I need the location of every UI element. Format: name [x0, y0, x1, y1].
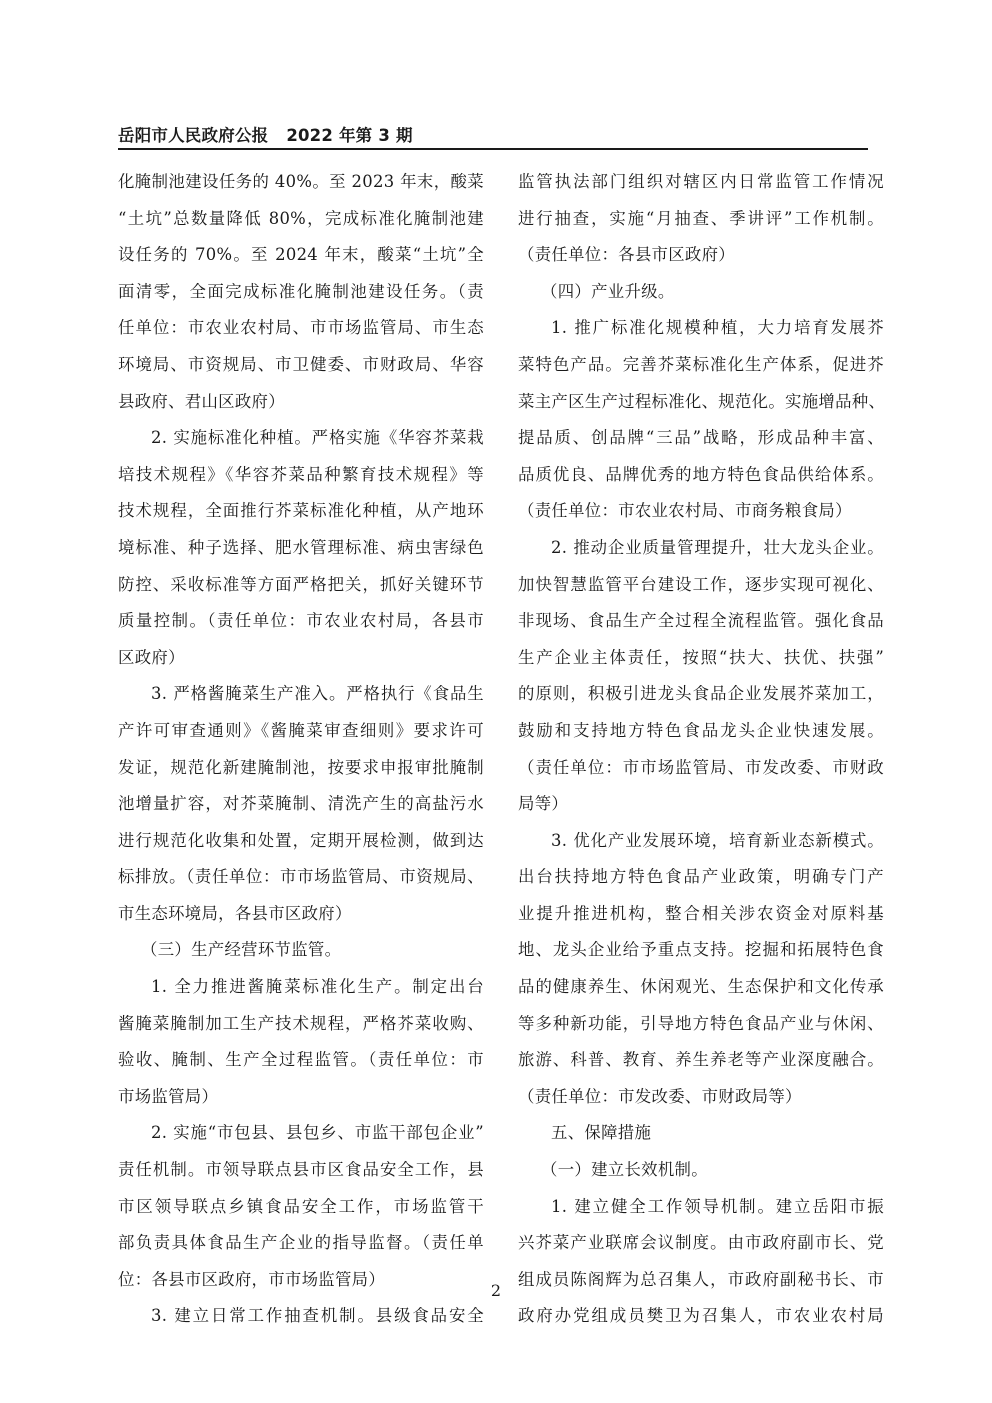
issue-number: 2022 年第 3 期 [286, 126, 412, 145]
text-line: 兴芥菜产业联席会议制度。由市政府副市长、党 [518, 1225, 884, 1262]
paragraph-start: 2. 推动企业质量管理提升，壮大龙头企业。 [518, 530, 884, 567]
section-heading: （四）产业升级。 [518, 274, 884, 311]
text-line: 发证，规范化新建腌制池，按要求申报审批腌制 [118, 750, 484, 787]
text-line: 品质优良、品牌优秀的地方特色食品供给体系。 [518, 457, 884, 494]
text-line: 池增量扩容，对芥菜腌制、清洗产生的高盐污水 [118, 786, 484, 823]
paragraph-start: 2. 实施标准化种植。严格实施《华容芥菜栽 [118, 420, 484, 457]
text-line: 品的健康养生、休闲观光、生态保护和文化传承 [518, 969, 884, 1006]
text-line: 菜主产区生产过程标准化、规范化。实施增品种、 [518, 384, 884, 421]
text-line: 政府办党组成员樊卫为召集人，市农业农村局 [518, 1298, 884, 1335]
text-line: （责任单位：市市场监管局、市发改委、市财政 [518, 750, 884, 787]
text-line: 环境局、市资规局、市卫健委、市财政局、华容 [118, 347, 484, 384]
text-line: 化腌制池建设任务的 40%。至 2023 年末，酸菜 [118, 164, 484, 201]
text-line: 设任务的 70%。至 2024 年末，酸菜“土坑”全 [118, 237, 484, 274]
paragraph-start: 3. 建立日常工作抽查机制。县级食品安全 [118, 1298, 484, 1335]
text-line: 出台扶持地方特色食品产业政策，明确专门产 [518, 859, 884, 896]
text-line: 县政府、君山区政府） [118, 384, 484, 421]
left-column: 化腌制池建设任务的 40%。至 2023 年末，酸菜 “土坑”总数量降低 80%… [118, 164, 484, 1335]
right-column: 监管执法部门组织对辖区内日常监管工作情况 进行抽查，实施“月抽查、季讲评”工作机… [518, 164, 884, 1335]
text-line: “土坑”总数量降低 80%，完成标准化腌制池建 [118, 201, 484, 238]
paragraph-start: 3. 严格酱腌菜生产准入。严格执行《食品生 [118, 676, 484, 713]
text-line: 市场监管局） [118, 1079, 484, 1116]
paragraph-start: 1. 推广标准化规模种植，大力培育发展芥 [518, 310, 884, 347]
text-line: （责任单位：市农业农村局、市商务粮食局） [518, 493, 884, 530]
paragraph-start: 2. 实施“市包县、县包乡、市监干部包企业” [118, 1115, 484, 1152]
text-line: 质量控制。（责任单位：市农业农村局，各县市 [118, 603, 484, 640]
text-line: 菜特色产品。完善芥菜标准化生产体系，促进芥 [518, 347, 884, 384]
text-line: 监管执法部门组织对辖区内日常监管工作情况 [518, 164, 884, 201]
text-line: 培技术规程》《华容芥菜品种繁育技术规程》等 [118, 457, 484, 494]
section-heading: （一）建立长效机制。 [518, 1152, 884, 1189]
text-line: （责任单位：市发改委、市财政局等） [518, 1079, 884, 1116]
text-line: 产许可审查通则》《酱腌菜审查细则》要求许可 [118, 713, 484, 750]
text-line: 酱腌菜腌制加工生产技术规程，严格芥菜收购、 [118, 1006, 484, 1043]
text-line: 地、龙头企业给予重点支持。挖掘和拓展特色食 [518, 932, 884, 969]
text-line: 部负责具体食品生产企业的指导监督。（责任单 [118, 1225, 484, 1262]
text-line: 业提升推进机构，整合相关涉农资金对原料基 [518, 896, 884, 933]
text-line: 鼓励和支持地方特色食品龙头企业快速发展。 [518, 713, 884, 750]
publication-title: 岳阳市人民政府公报 [118, 126, 268, 145]
text-line: 的原则，积极引进龙头食品企业发展芥菜加工， [518, 676, 884, 713]
text-line: 局等） [518, 786, 884, 823]
text-line: 区政府） [118, 640, 484, 677]
paragraph-start: 1. 建立健全工作领导机制。建立岳阳市振 [518, 1189, 884, 1226]
text-line: 验收、腌制、生产全过程监管。（责任单位：市 [118, 1042, 484, 1079]
text-line: 提品质、创品牌“三品”战略，形成品种丰富、 [518, 420, 884, 457]
page-number: 2 [0, 1281, 992, 1300]
section-heading: 五、保障措施 [518, 1115, 884, 1152]
text-line: 面清零，全面完成标准化腌制池建设任务。（责 [118, 274, 484, 311]
text-line: 等多种新功能，引导地方特色食品产业与休闲、 [518, 1006, 884, 1043]
text-line: 标排放。（责任单位：市市场监管局、市资规局、 [118, 859, 484, 896]
paragraph-start: 1. 全力推进酱腌菜标准化生产。制定出台 [118, 969, 484, 1006]
text-line: 旅游、科普、教育、养生养老等产业深度融合。 [518, 1042, 884, 1079]
text-line: 防控、采收标准等方面严格把关，抓好关键环节 [118, 567, 484, 604]
section-heading: （三）生产经营环节监管。 [118, 932, 484, 969]
text-line: 任单位：市农业农村局、市市场监管局、市生态 [118, 310, 484, 347]
header-divider [118, 148, 868, 150]
text-line: 技术规程，全面推行芥菜标准化种植，从产地环 [118, 493, 484, 530]
text-line: 加快智慧监管平台建设工作，逐步实现可视化、 [518, 567, 884, 604]
text-line: 市生态环境局，各县市区政府） [118, 896, 484, 933]
text-line: （责任单位：各县市区政府） [518, 237, 884, 274]
text-line: 生产企业主体责任，按照“扶大、扶优、扶强” [518, 640, 884, 677]
text-line: 非现场、食品生产全过程全流程监管。强化食品 [518, 603, 884, 640]
paragraph-start: 3. 优化产业发展环境，培育新业态新模式。 [518, 823, 884, 860]
text-line: 市区领导联点乡镇食品安全工作，市场监管干 [118, 1189, 484, 1226]
running-header: 岳阳市人民政府公报2022 年第 3 期 [118, 122, 870, 148]
text-line: 进行规范化收集和处置，定期开展检测，做到达 [118, 823, 484, 860]
text-line: 责任机制。市领导联点县市区食品安全工作，县 [118, 1152, 484, 1189]
text-line: 境标准、种子选择、肥水管理标准、病虫害绿色 [118, 530, 484, 567]
text-line: 进行抽查，实施“月抽查、季讲评”工作机制。 [518, 201, 884, 238]
